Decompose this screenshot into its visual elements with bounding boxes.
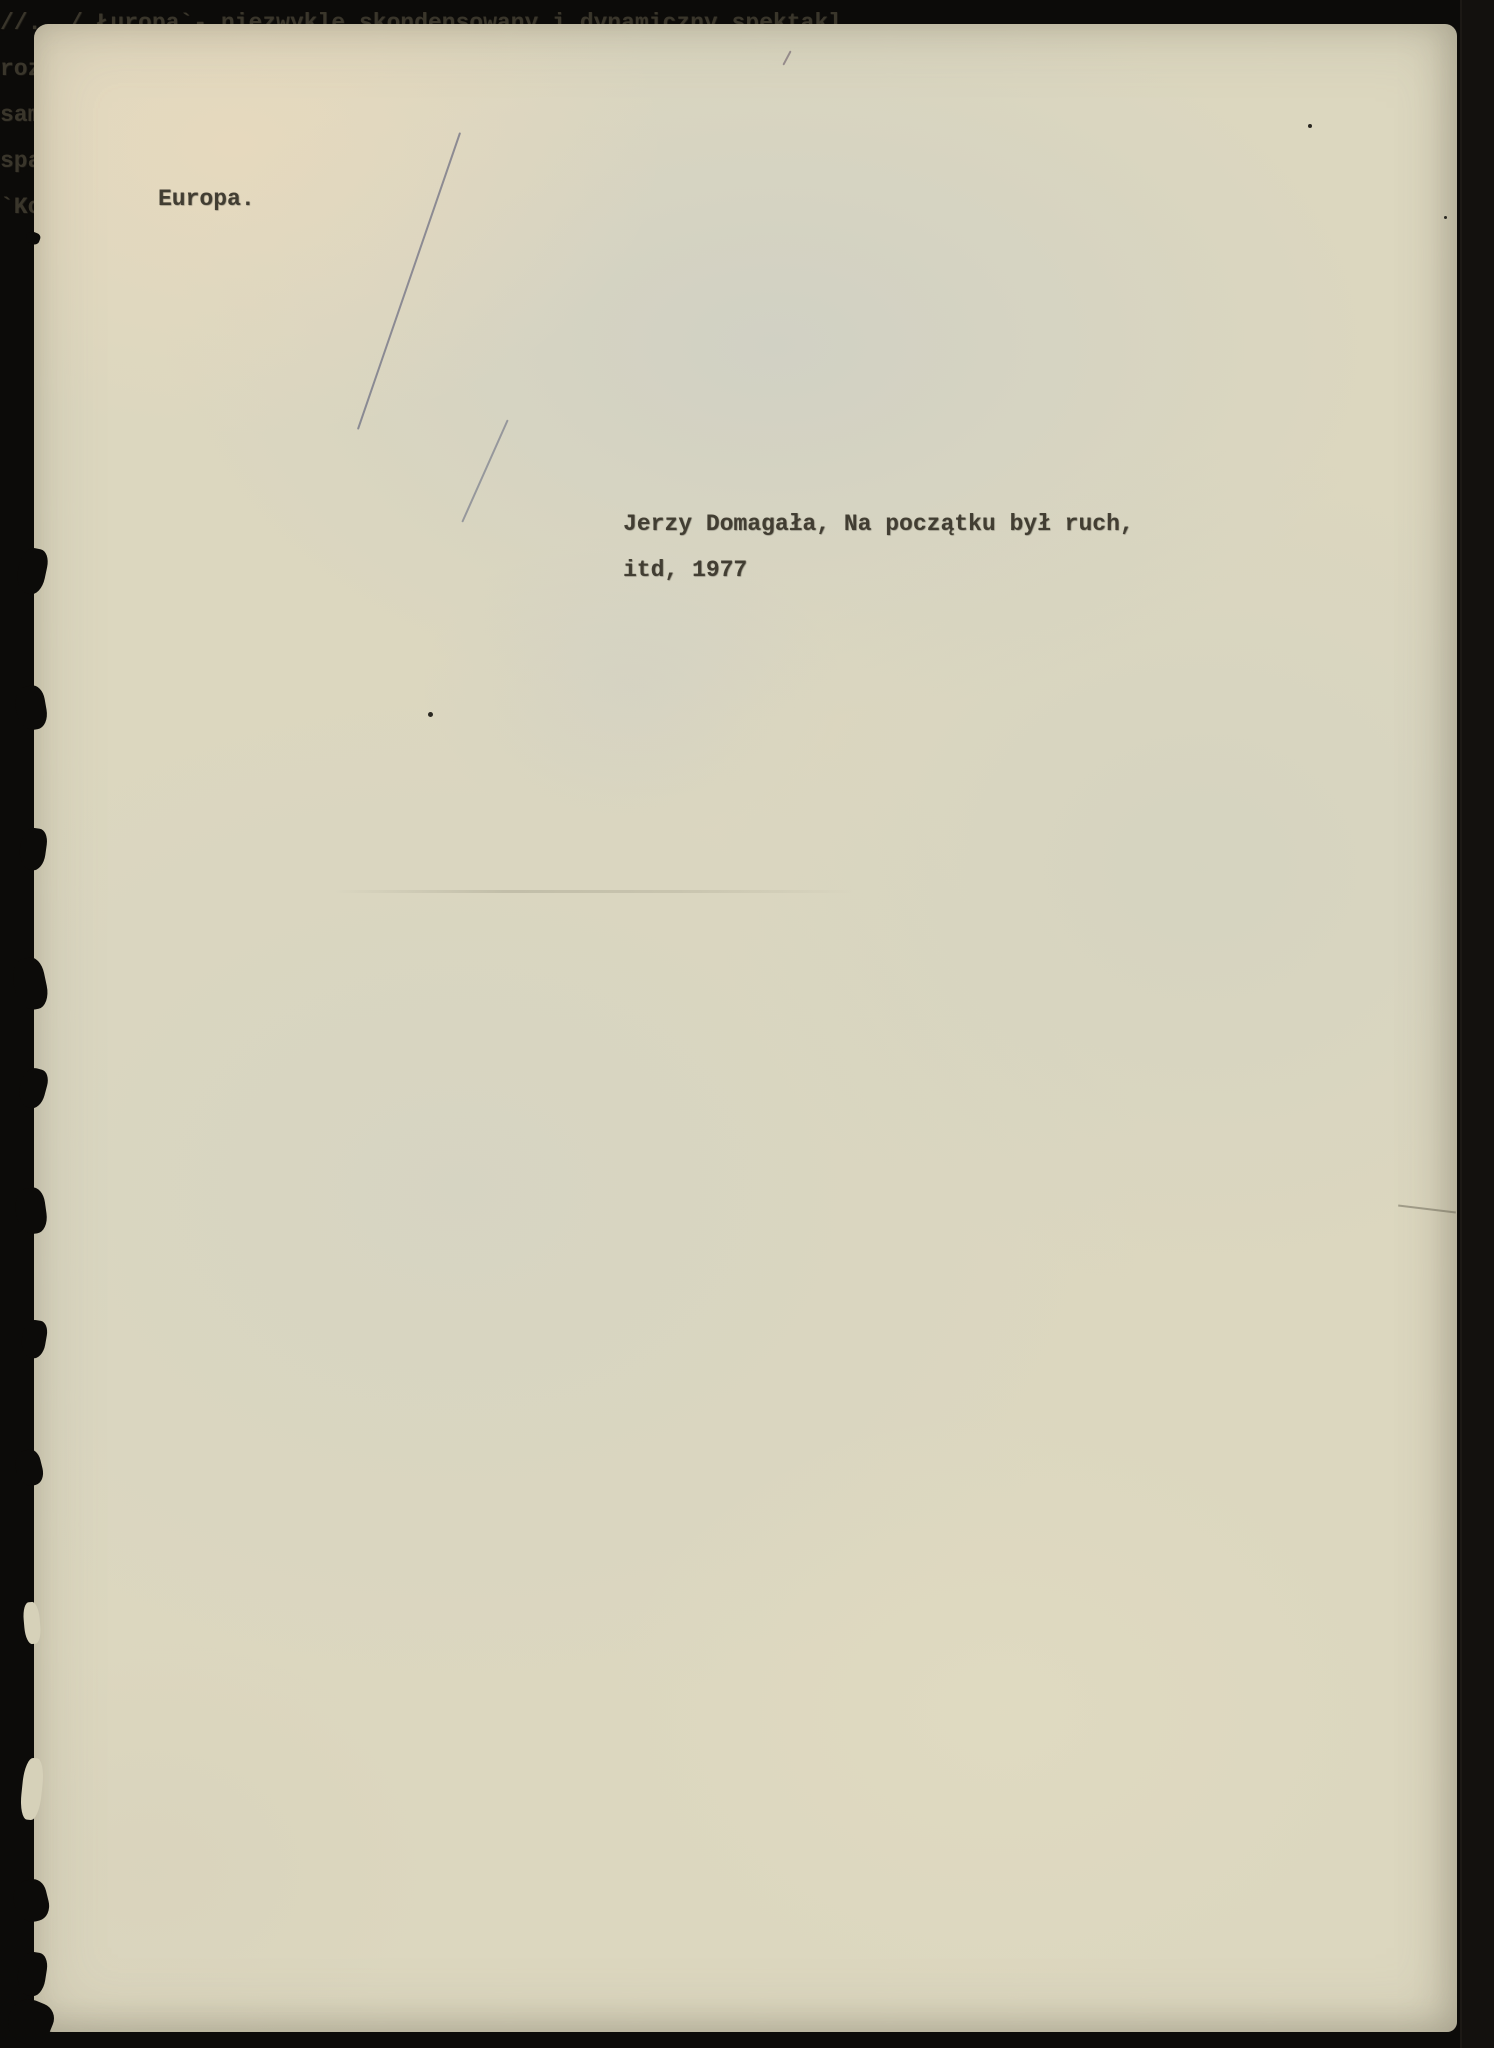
attribution-block: Jerzy Domagała, Na początku był ruch, it… bbox=[623, 501, 1134, 593]
ink-speck bbox=[1444, 216, 1447, 219]
paper-sheet bbox=[34, 24, 1457, 2032]
document-title: Europa. bbox=[158, 176, 255, 222]
paper-crease bbox=[334, 890, 854, 893]
attribution-line: Jerzy Domagała, Na początku był ruch, bbox=[623, 501, 1134, 547]
scanned-document-page: Europa. //.../ Łuropa`- niezwykle skonde… bbox=[0, 0, 1494, 2048]
scanner-background-seam bbox=[1460, 0, 1494, 2048]
ink-speck bbox=[428, 712, 433, 717]
attribution-line: itd, 1977 bbox=[623, 547, 1134, 593]
ink-speck bbox=[1308, 124, 1312, 128]
